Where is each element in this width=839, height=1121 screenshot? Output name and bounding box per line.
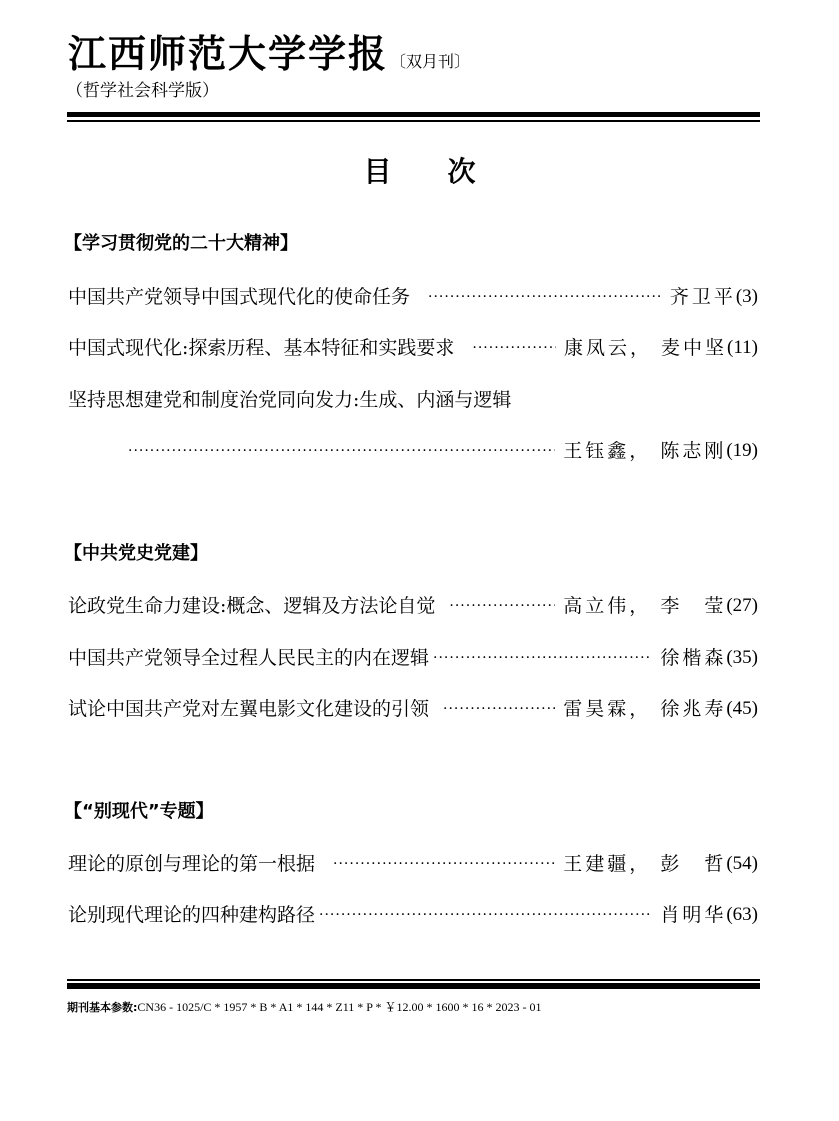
article-title: 论别现代理论的四种建构路径 [68, 902, 315, 928]
page-number: (27) [726, 593, 758, 619]
article-author: 徐楷森 [660, 645, 726, 671]
toc-entry-continuation[interactable]: ········································… [128, 438, 758, 464]
parameters-label: 期刊基本参数: [67, 1001, 137, 1014]
journal-toc-page: 江西师范大学学报〔双月刊〕 （哲学社会科学版） 目 次 【学习贯彻党的二十大精神… [0, 0, 839, 1121]
footer-rule-thick [67, 983, 760, 989]
article-title: 论政党生命力建设:概念、逻辑及方法论自觉 [68, 593, 435, 619]
page-number: (35) [726, 645, 758, 671]
article-title: 中国式现代化:探索历程、基本特征和实践要求 [68, 335, 454, 361]
article-author: 高立伟， 李 莹 [563, 593, 726, 619]
article-author: 雷昊霖， 徐兆寿 [563, 696, 726, 722]
article-author: 康凤云， 麦中坚 [564, 335, 727, 361]
toc-entry[interactable]: 中国共产党领导全过程人民民主的内在逻辑 ····················… [68, 645, 758, 671]
toc-entry[interactable]: 坚持思想建党和制度治党同向发力:生成、内涵与逻辑 [68, 387, 758, 413]
dot-leader: ········································… [433, 645, 652, 671]
header-rule-thick [67, 112, 760, 117]
article-title: 中国共产党领导全过程人民民主的内在逻辑 [68, 645, 429, 671]
dot-leader: ········································… [443, 696, 555, 722]
article-author: 王建疆， 彭 哲 [563, 851, 726, 877]
toc-heading: 目 次 [0, 154, 839, 190]
dot-leader: ········································… [319, 902, 652, 928]
page-number: (11) [727, 335, 758, 361]
toc-entry[interactable]: 理论的原创与理论的第一根据 ··························… [68, 851, 758, 877]
page-number: (54) [726, 851, 758, 877]
footer-rule-thin [67, 979, 760, 981]
article-author: 王钰鑫， 陈志刚 [563, 438, 726, 464]
toc-entry[interactable]: 论别现代理论的四种建构路径 ··························… [68, 902, 758, 928]
article-title: 试论中国共产党对左翼电影文化建设的引领 [68, 696, 429, 722]
section-label: 【中共党史党建】 [64, 542, 208, 566]
page-number: (3) [736, 284, 758, 310]
publication-frequency: 〔双月刊〕 [390, 52, 470, 71]
parameters-value: CN36 - 1025/C * 1957 * B * A1 * 144 * Z1… [137, 1000, 541, 1014]
dot-leader: ········································… [472, 335, 556, 361]
toc-entry[interactable]: 中国式现代化:探索历程、基本特征和实践要求 ··················… [68, 335, 758, 361]
dot-leader: ········································… [449, 593, 555, 619]
toc-entry[interactable]: 中国共产党领导中国式现代化的使命任务 ·····················… [68, 284, 758, 310]
journal-edition: （哲学社会科学版） [66, 80, 219, 102]
article-author: 肖明华 [660, 902, 726, 928]
toc-entry[interactable]: 论政党生命力建设:概念、逻辑及方法论自觉 ···················… [68, 593, 758, 619]
journal-parameters: 期刊基本参数:CN36 - 1025/C * 1957 * B * A1 * 1… [67, 999, 542, 1016]
header-rule-thin [67, 120, 760, 122]
article-title: 中国共产党领导中国式现代化的使命任务 [68, 284, 410, 310]
section-label: 【“别现代”专题】 [64, 800, 214, 824]
article-title: 坚持思想建党和制度治党同向发力:生成、内涵与逻辑 [68, 387, 511, 413]
article-title: 理论的原创与理论的第一根据 [68, 851, 315, 877]
page-number: (63) [726, 902, 758, 928]
dot-leader: ········································… [333, 851, 555, 877]
page-number: (45) [726, 696, 758, 722]
article-author: 齐卫平 [670, 284, 736, 310]
dot-leader: ········································… [128, 438, 555, 464]
toc-entry[interactable]: 试论中国共产党对左翼电影文化建设的引领 ····················… [68, 696, 758, 722]
journal-name: 江西师范大学学报 [68, 32, 388, 76]
journal-title: 江西师范大学学报〔双月刊〕 [68, 30, 470, 86]
section-label: 【学习贯彻党的二十大精神】 [64, 232, 298, 256]
page-number: (19) [726, 438, 758, 464]
dot-leader: ········································… [428, 284, 662, 310]
